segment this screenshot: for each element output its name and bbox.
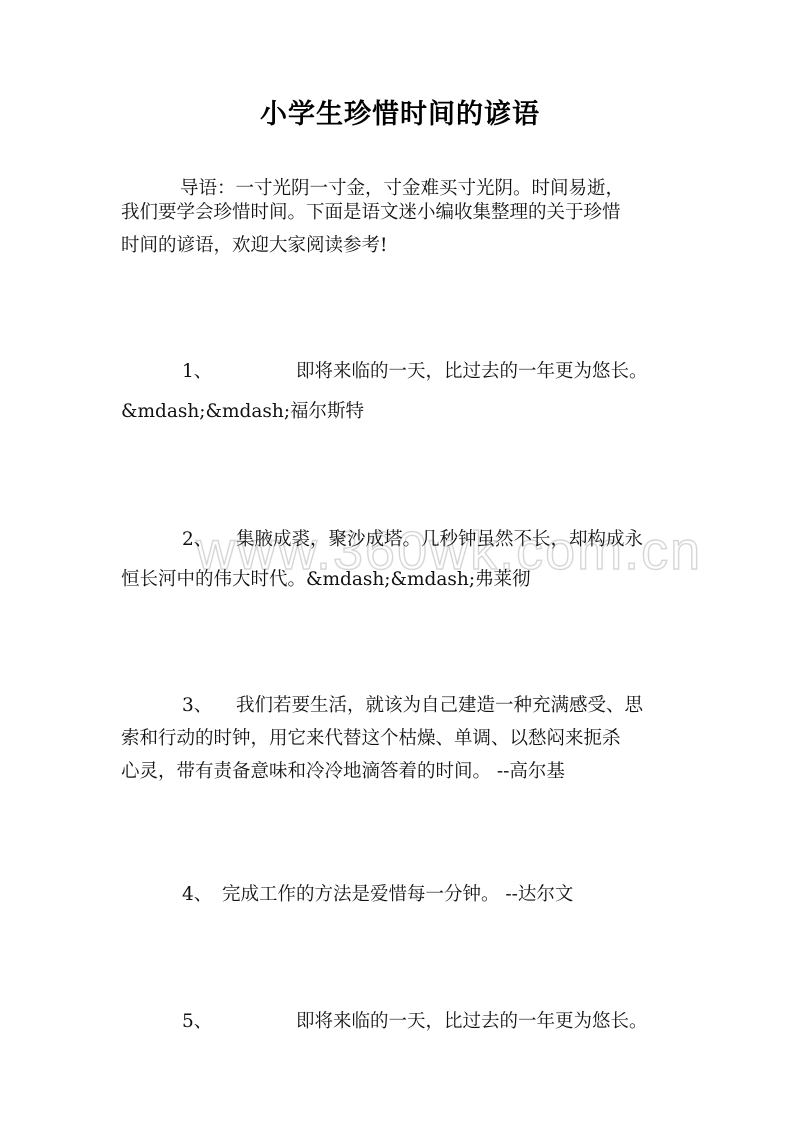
item-3-line-1: 我们若要生活，就该为自己建造一种充满感受、思 [236,694,643,718]
item-3-line-2: 索和行动的时钟，用它来代替这个枯燥、单调、以愁闷来扼杀 [121,727,621,751]
item-3-line-3: 心灵，带有责备意味和冷冷地滴答着的时间。 --高尔基 [121,760,565,784]
intro-line-3: 时间的谚语，欢迎大家阅读参考! [121,234,387,258]
document-page: www.360wk.com.cn 小学生珍惜时间的谚语 导语：一寸光阴一寸金，寸… [0,0,800,1132]
item-2-line-2: 恒长河中的伟大时代。&mdash;&mdash;弗莱彻 [121,568,531,592]
item-2-number: 2、 [182,528,212,552]
intro-line-2: 我们要学会珍惜时间。下面是语文迷小编收集整理的关于珍惜 [121,201,621,225]
item-3-number: 3、 [182,694,212,718]
item-5-line-1: 即将来临的一天，比过去的一年更为悠长。 [296,1010,648,1034]
item-4-number: 4、 [182,883,212,907]
item-1-line-1: 即将来临的一天，比过去的一年更为悠长。 [296,360,648,384]
item-1-line-2: &mdash;&mdash;福尔斯特 [121,400,364,424]
item-2-line-1: 集腋成裘，聚沙成塔。几秒钟虽然不长，却构成永 [236,528,643,552]
item-1-number: 1、 [182,360,212,384]
item-4-line-1: 完成工作的方法是爱惜每一分钟。 --达尔文 [222,883,573,907]
item-5-number: 5、 [182,1010,212,1034]
page-title: 小学生珍惜时间的谚语 [0,92,800,131]
intro-line-1: 导语：一寸光阴一寸金，寸金难买寸光阴。时间易逝， [180,177,624,201]
